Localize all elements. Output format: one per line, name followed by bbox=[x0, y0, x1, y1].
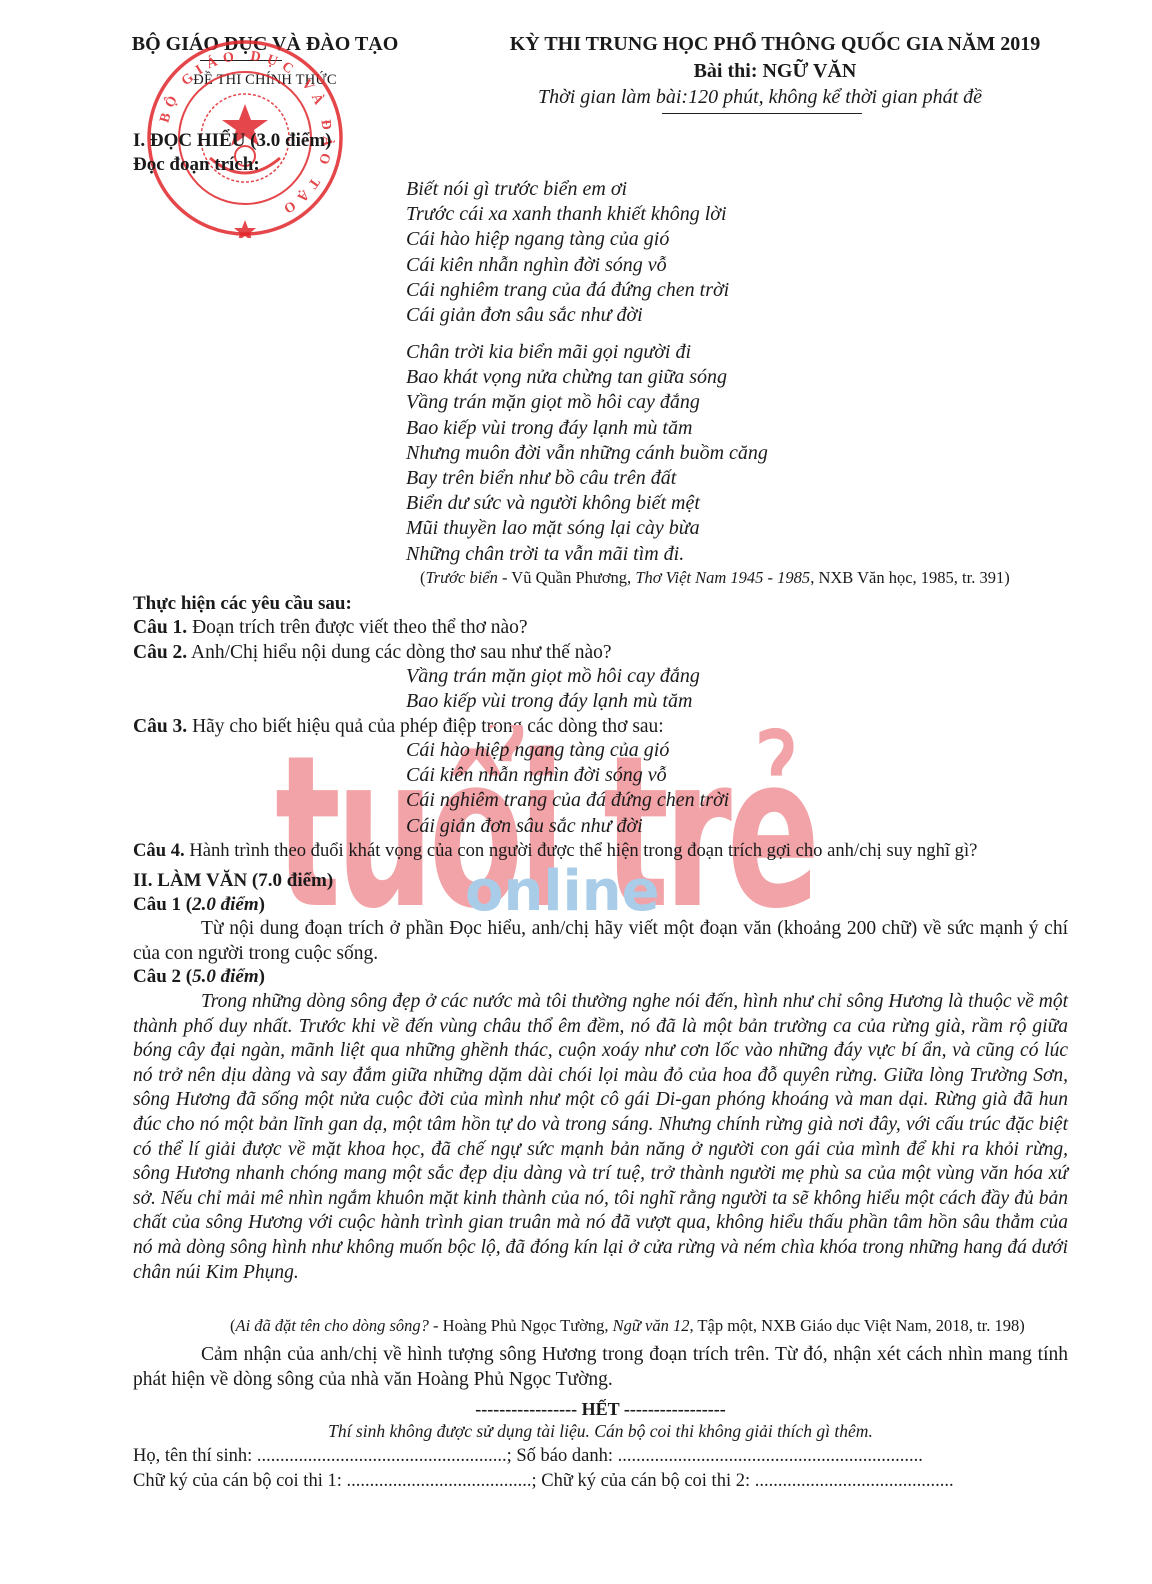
ministry-underline bbox=[200, 60, 282, 61]
poem-line: Nhưng muôn đời vẫn những cánh buồm căng bbox=[406, 441, 768, 466]
ministry-name: BỘ GIÁO DỤC VÀ ĐÀO TẠO bbox=[120, 33, 410, 56]
citation-work: Ai đã đặt tên cho dòng sông? bbox=[236, 1316, 429, 1335]
official-exam-label: ĐỀ THI CHÍNH THỨC bbox=[160, 72, 370, 89]
exam-title: KỲ THI TRUNG HỌC PHỔ THÔNG QUỐC GIA NĂM … bbox=[460, 33, 1090, 56]
duration-underline bbox=[662, 113, 862, 114]
question-1: Câu 1. Đoạn trích trên được viết theo th… bbox=[133, 615, 528, 640]
instructions-heading: Thực hiện các yêu cầu sau: bbox=[133, 593, 352, 615]
poem-line: Biết nói gì trước biển em ơi bbox=[406, 177, 729, 202]
poem-line: Cái nghiêm trang của đá đứng chen trời bbox=[406, 278, 729, 303]
svg-text:online: online bbox=[465, 859, 660, 924]
poem-line: Cái kiên nhẫn nghìn đời sóng vỗ bbox=[406, 253, 729, 278]
poem-line: Biển dư sức và người không biết mệt bbox=[406, 491, 768, 516]
candidate-info-line: Họ, tên thí sinh: ......................… bbox=[133, 1444, 923, 1469]
exam-subject: Bài thi: NGỮ VĂN bbox=[460, 60, 1090, 83]
poem-line: Bao khát vọng nửa chừng tan giữa sóng bbox=[406, 365, 768, 390]
poem-line: Cái hào hiệp ngang tàng của gió bbox=[406, 227, 729, 252]
question-3: Câu 3. Hãy cho biết hiệu quả của phép đi… bbox=[133, 714, 664, 739]
part2-question-1-heading: Câu 1 (2.0 điểm) bbox=[133, 894, 265, 916]
part2-excerpt: Trong những dòng sông đẹp ở các nước mà … bbox=[133, 990, 1068, 1285]
part2-question-2-prompt: Cảm nhận của anh/chị về hình tượng sông … bbox=[133, 1343, 1068, 1392]
quoted-line: Cái hào hiệp ngang tàng của gió bbox=[406, 738, 729, 763]
citation-book: Ngữ văn 12 bbox=[613, 1316, 690, 1335]
read-excerpt-label: Đọc đoạn trích: bbox=[133, 154, 260, 176]
exam-duration: Thời gian làm bài:120 phút, không kể thờ… bbox=[440, 86, 1080, 109]
quoted-line: Vầng trán mặn giọt mồ hôi cay đắng bbox=[406, 664, 700, 689]
part2-heading: II. LÀM VĂN (7.0 điểm) bbox=[133, 870, 333, 892]
poem-citation: (Trước biển - Vũ Quần Phương, Thơ Việt N… bbox=[420, 568, 1010, 588]
poem-line: Chân trời kia biển mãi gọi người đi bbox=[406, 340, 768, 365]
poem-line: Vầng trán mặn giọt mồ hôi cay đắng bbox=[406, 390, 768, 415]
question-2: Câu 2. Anh/Chị hiểu nội dung các dòng th… bbox=[133, 640, 612, 665]
question-2-quote: Vầng trán mặn giọt mồ hôi cay đắng Bao k… bbox=[406, 664, 700, 714]
question-4: Câu 4. Hành trình theo đuổi khát vọng củ… bbox=[133, 838, 977, 863]
quoted-line: Cái nghiêm trang của đá đứng chen trời bbox=[406, 788, 729, 813]
citation-anthology: Thơ Việt Nam 1945 - 1985 bbox=[635, 568, 810, 587]
poem-line: Những chân trời ta vẫn mãi tìm đi. bbox=[406, 542, 768, 567]
poem-line: Trước cái xa xanh thanh khiết không lời bbox=[406, 202, 729, 227]
exam-note: Thí sinh không được sử dụng tài liệu. Cá… bbox=[133, 1421, 1068, 1442]
part2-question-2-heading: Câu 2 (5.0 điểm) bbox=[133, 966, 265, 988]
invigilator-signature-line: Chữ ký của cán bộ coi thi 1: ...........… bbox=[133, 1469, 954, 1494]
poem-line: Bay trên biển như bồ câu trên đất bbox=[406, 466, 768, 491]
poem-line: Cái giản đơn sâu sắc như đời bbox=[406, 303, 729, 328]
quoted-line: Cái giản đơn sâu sắc như đời bbox=[406, 814, 729, 839]
poem-line: Bao kiếp vùi trong đáy lạnh mù tăm bbox=[406, 416, 768, 441]
poem-stanza-1: Biết nói gì trước biển em ơi Trước cái x… bbox=[406, 177, 729, 328]
end-marker: ----------------- HẾT ----------------- bbox=[133, 1399, 1068, 1420]
quoted-line: Bao kiếp vùi trong đáy lạnh mù tăm bbox=[406, 689, 700, 714]
excerpt-citation: (Ai đã đặt tên cho dòng sông? - Hoàng Ph… bbox=[230, 1316, 1025, 1336]
poem-stanza-2: Chân trời kia biển mãi gọi người đi Bao … bbox=[406, 340, 768, 567]
citation-work: Trước biển bbox=[426, 568, 498, 587]
part2-question-1-prompt: Từ nội dung đoạn trích ở phần Đọc hiểu, … bbox=[133, 917, 1068, 966]
question-3-quote: Cái hào hiệp ngang tàng của gió Cái kiên… bbox=[406, 738, 729, 839]
poem-line: Mũi thuyền lao mặt sóng lại cày bừa bbox=[406, 516, 768, 541]
part1-heading: I. ĐỌC HIỂU (3.0 điểm) bbox=[133, 130, 331, 152]
quoted-line: Cái kiên nhẫn nghìn đời sóng vỗ bbox=[406, 763, 729, 788]
